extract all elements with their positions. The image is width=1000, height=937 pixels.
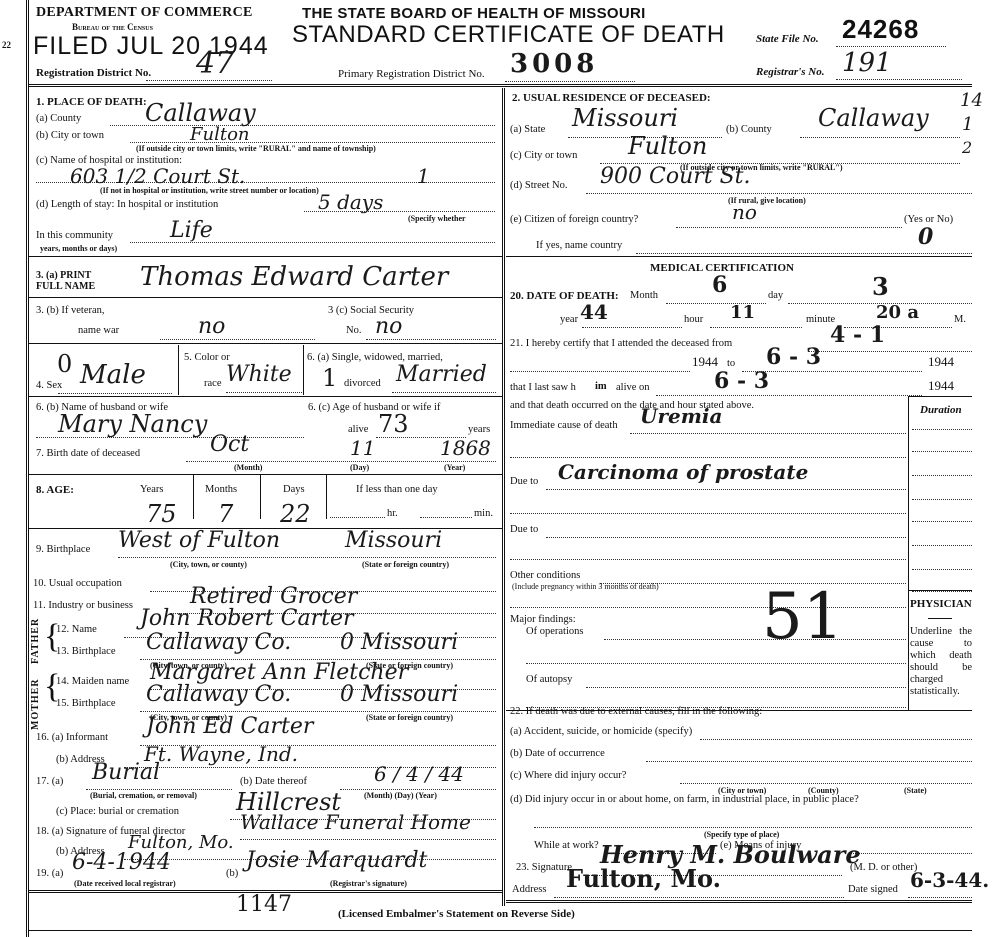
due-to-1-value: Carcinoma of prostate [558,460,808,484]
birth-year-value: 1868 [440,436,491,460]
death-year-label: year [560,314,578,325]
last-saw-pronoun: im [595,381,607,392]
physician-rule [928,618,952,619]
mother-birthplace-label: 15. Birthplace [56,698,115,709]
birthplace-city-caption: (City, town, or county) [170,560,247,569]
spouse-value: Mary Nancy [58,410,207,438]
last-saw-label: that I last saw h [510,382,576,393]
cell-divider [326,475,327,519]
accident-field[interactable] [700,730,972,740]
day-caption: (Day) [350,463,369,472]
death-day-label: day [768,290,783,301]
age-months-label: Months [205,484,237,495]
residence-state-value: Missouri [572,104,678,132]
duration-field-4[interactable] [912,490,972,500]
spouse-age-unit: years [468,424,490,435]
less-than-day-label: If less than one day [356,484,438,495]
age-days-value: 22 [280,500,311,528]
hospital-mark: 1 [417,164,430,188]
immediate-cause-label: Immediate cause of death [510,420,618,431]
name-label-line1: 3. (a) PRINT [36,270,91,281]
age-days-label: Days [283,484,305,495]
cell-divider [178,345,179,395]
mother-birthplace-state-value: 0 Missouri [340,682,458,707]
residence-code-3: 2 [962,138,972,157]
hospital-note: (If not in hospital or institution, writ… [100,186,319,195]
date-signed-value: 6-3-44. [910,868,989,892]
residence-state-label: (a) State [510,124,545,135]
registrar-no-value: 191 [842,48,892,78]
county-value: Callaway [145,99,256,127]
embalmer-number: 1147 [236,892,292,917]
alive-on-label: alive on [616,382,650,393]
disposition-label: 17. (a) [36,776,63,787]
city-value: Fulton [190,124,250,145]
residence-city-value: Fulton [628,132,707,160]
where-state-caption: (State) [904,786,927,795]
informant-label: 16. (a) Informant [36,732,108,743]
birth-label: 7. Birth date of deceased [36,448,140,459]
mother-side-label: MOTHER [30,678,41,730]
age-years-value: 75 [146,500,177,528]
race-label-line1: 5. Color or [184,352,230,363]
hours-field[interactable] [330,517,385,518]
operations-label: Of operations [526,626,583,637]
death-m-suffix: M. [954,314,966,325]
mother-birthplace-city-value: Callaway Co. [146,682,291,707]
immediate-cause-value: Uremia [640,404,722,428]
name-label-line2: FULL NAME [36,281,95,292]
sex-code: 0 [57,350,72,378]
bottom-border [28,930,972,931]
residence-city-label: (c) City or town [510,150,577,161]
physician-note: Underline the cause to which death shoul… [910,626,972,698]
year-caption: (Year) [444,463,465,472]
accident-label: (a) Accident, suicide, or homicide (spec… [510,726,692,737]
burial-place-label: (c) Place: burial or cremation [56,806,179,817]
marital-value: Married [396,362,487,387]
residence-code-1: 14 [960,90,983,111]
minutes-field[interactable] [420,517,472,518]
registrar-signature-caption: (Registrar's signature) [330,879,407,888]
birthplace-state-caption: (State or foreign country) [362,560,449,569]
registrar-no-label: Registrar's No. [756,66,824,78]
community-note: years, months or days) [40,244,117,253]
duration-field-5[interactable] [912,512,972,522]
birthplace-state-value: Missouri [345,528,442,553]
ssn-value: no [375,314,402,339]
duration-field-1[interactable] [912,420,972,430]
birthplace-label: 9. Birthplace [36,544,90,555]
mother-name-label: 14. Maiden name [56,676,129,687]
home-field[interactable] [534,818,972,828]
disposition-date-value: 6 / 4 / 44 [374,762,464,786]
stay-label: (d) Length of stay: In hospital or insti… [36,199,218,210]
signature-label: 23. Signature [516,862,572,873]
board-heading: THE STATE BOARD OF HEALTH OF MISSOURI [302,5,646,22]
death-day-value: 3 [872,272,889,301]
duration-top-line [908,396,972,397]
duration-field-7[interactable] [912,560,972,570]
veteran-field[interactable] [160,330,315,340]
birth-day-value: 11 [350,436,375,460]
cause-line-6[interactable] [510,550,906,560]
duration-field-3[interactable] [912,466,972,476]
city-label: (b) City or town [36,130,104,141]
autopsy-label: Of autopsy [526,674,572,685]
state-file-value: 24268 [842,14,919,45]
physician-label: PHYSICIAN [910,598,972,610]
divider [28,256,502,257]
cause-line-4[interactable] [510,504,906,514]
race-label-line2: race [204,378,221,389]
father-side-label: FATHER [30,618,41,664]
death-minute-value: 20 a [876,302,919,323]
state-file-label: State File No. [756,33,819,45]
country-mark: 0 [918,224,933,250]
received-caption: (Date received local registrar) [74,879,176,888]
residence-code-2: 1 [962,114,973,135]
attended-from-value: 4 - 1 [830,322,885,348]
department-heading: DEPARTMENT OF COMMERCE [36,5,253,21]
occupation-label: 10. Usual occupation [33,578,122,589]
funeral-director-value: Wallace Funeral Home [240,810,471,834]
father-birthplace-city-value: Callaway Co. [146,630,291,655]
community-value: Life [170,218,213,243]
means-field[interactable] [848,844,972,854]
where-label: (c) Where did injury occur? [510,770,626,781]
duration-divider [908,396,909,710]
duration-field-2[interactable] [912,442,972,452]
statistical-code-mark: 51 [762,580,843,654]
age-months-value: 7 [218,500,233,528]
race-code: 1 [322,364,337,392]
cause-line-8[interactable] [510,598,906,608]
last-saw-field[interactable] [656,386,922,396]
other-conditions-note: (Include pregnancy within 3 months of de… [512,582,659,591]
residence-street-label: (d) Street No. [510,180,567,191]
embalmer-note: (Licensed Embalmer's Statement on Revers… [338,908,575,920]
attended-to-value: 6 - 3 [766,344,821,370]
veteran-label-line1: 3. (b) If veteran, [36,305,105,316]
veteran-label-line2: name war [78,325,119,336]
county-label: (a) County [36,113,81,124]
registrar-signature-label: (b) [226,868,238,879]
attended-label: 21. I hereby certify that I attended the… [510,338,732,349]
registrar-signature-value: Josie Marquardt [246,848,427,873]
bureau-heading: Bureau of the Census [72,22,153,32]
death-hour-label: hour [684,314,703,325]
marital-label-line2: divorced [344,378,381,389]
divider [28,396,502,397]
father-name-label: 12. Name [56,624,97,635]
disposition-date-caption: (Month) (Day) (Year) [364,791,437,800]
disposition-method-caption: (Burial, cremation, or removal) [90,791,197,800]
month-caption: (Month) [234,463,262,472]
death-hour-field[interactable] [710,318,802,328]
due-to-2-field[interactable] [546,528,906,538]
spouse-age-label-line1: 6. (c) Age of husband or wife if [308,402,440,413]
cell-divider [193,475,194,519]
informant-address-value: Ft. Wayne, Ind. [144,742,298,766]
spouse-age-value: 73 [378,410,409,438]
received-value: 6-4-1944 [72,850,171,875]
attended-to-year-value: 1944 [928,354,954,370]
death-month-label: Month [630,290,658,301]
at-work-label: While at work? [534,840,599,851]
primary-district-value: 3008 [510,49,598,79]
death-year-value: 44 [580,300,608,324]
citizen-value: no [732,200,757,224]
age-label: 8. AGE: [36,484,74,496]
city-field[interactable] [130,133,495,143]
full-name-value: Thomas Edward Carter [140,262,448,292]
signature-title-caption: (M. D. or other) [850,862,917,873]
disposition-method-value: Burial [92,760,160,785]
place-of-death-heading: 1. PLACE OF DEATH: [36,96,147,108]
primary-district-label: Primary Registration District No. [338,68,485,80]
minutes-label: min. [474,508,493,519]
certifier-address-label: Address [512,884,546,895]
registration-district-value: 47 [196,46,234,81]
informant-value: John Ed Carter [146,714,313,739]
findings-line-2[interactable] [526,654,906,664]
industry-label: 11. Industry or business [33,600,133,611]
divider [506,256,972,257]
father-name-value: John Robert Carter [140,606,354,631]
operations-field[interactable] [604,630,906,640]
registration-district-label: Registration District No. [36,67,151,79]
last-saw-value: 6 - 3 [714,368,769,394]
birthplace-city-value: West of Fulton [118,528,280,553]
other-conditions-label: Other conditions [510,570,580,581]
date-signed-label: Date signed [848,884,898,895]
external-heading: 22. If death was due to external causes,… [510,706,762,717]
received-label: 19. (a) [36,868,63,879]
autopsy-field[interactable] [586,678,906,688]
citizen-label: (e) Citizen of foreign country? [510,214,638,225]
divider [28,297,502,298]
last-saw-year-value: 1944 [928,378,954,394]
duration-label: Duration [920,404,962,416]
sex-value: Male [80,360,146,390]
father-birthplace-state-value: 0 Missouri [340,630,458,655]
where-field[interactable] [680,774,972,784]
father-birthplace-label: 13. Birthplace [56,646,115,657]
citizen-field[interactable] [676,218,902,228]
residence-heading: 2. USUAL RESIDENCE OF DECEASED: [512,92,711,104]
attended-from-year-field[interactable] [510,362,690,372]
ssn-label-line2: No. [346,325,361,336]
residence-county-label: (b) County [726,124,772,135]
occurrence-field[interactable] [646,752,972,762]
home-label: (d) Did injury occur in or about home, o… [510,794,859,805]
hospital-value: 603 1/2 Court St. [70,164,245,188]
margin-number: 22 [2,40,11,50]
city-note: (If outside city or town limits, write "… [136,144,376,153]
occurrence-label: (b) Date of occurrence [510,748,605,759]
stay-note: (Specify whether [408,214,466,223]
hours-label: hr. [387,508,398,519]
divider [506,900,972,903]
mother-state-caption: (State or foreign country) [366,713,453,722]
place-type-caption: (Specify type of place) [704,830,779,839]
divider [28,343,502,344]
residence-county-value: Callaway [818,104,929,132]
age-years-label: Years [140,484,163,495]
certifier-address-value: Fulton, Mo. [566,864,721,893]
death-month-value: 6 [712,272,727,298]
race-value: White [226,362,292,387]
country-label: If yes, name country [536,240,622,251]
cell-divider [303,345,304,395]
residence-street-value: 900 Court St. [600,164,751,189]
death-hour-value: 11 [730,302,755,323]
duration-field-6[interactable] [912,536,972,546]
divider [28,474,502,475]
community-label: In this community [36,230,113,241]
physician-top-line [908,590,972,591]
stay-value: 5 days [318,190,383,214]
cell-divider [260,475,261,519]
veteran-value: no [198,314,225,339]
birth-month-value: Oct [210,432,249,457]
spouse-age-label-line2: alive [348,424,368,435]
disposition-date-label: (b) Date thereof [240,776,307,787]
due-to-2-label: Due to [510,524,538,535]
cause-line-2[interactable] [510,448,906,458]
major-findings-label: Major findings: [510,614,576,625]
due-to-1-label: Due to [510,476,538,487]
certificate-title: STANDARD CERTIFICATE OF DEATH [292,21,725,49]
